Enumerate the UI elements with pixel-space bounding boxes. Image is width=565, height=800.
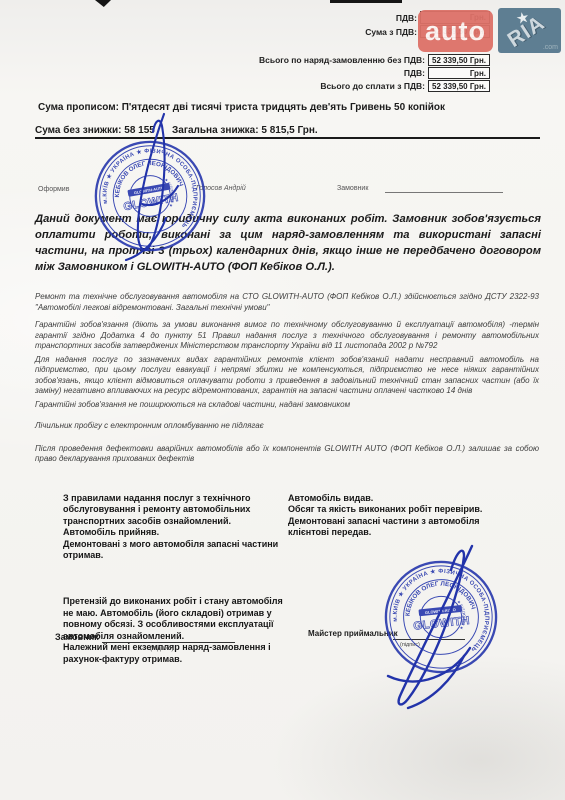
vat-label: ПДВ: [396,13,417,23]
terms-paragraph-6: Після проведення дефектовки аварійних ав… [35,444,539,465]
issued-by-label: Оформив [38,186,69,193]
scan-artifact [330,0,402,3]
customer-top-label: Замовник [337,185,368,192]
terms-block: Ремонт та технічне обслуговування автомо… [35,292,539,465]
customer-top-signline [385,191,503,193]
terms-paragraph-1: Ремонт та технічне обслуговування автомо… [35,292,539,313]
signature-top [98,108,218,268]
total-no-vat-label: Всього по наряд-замовленню без ПДВ: [259,55,425,65]
signature-bottom [350,538,510,713]
total-due-value-box: 52 339,50 Грн. [428,80,490,92]
terms-paragraph-2: Гарантійні зобов'язання (діють за умови … [35,320,539,352]
auto-ria-watermark-ria: ★ RIA .com [498,8,561,53]
vat2-label: ПДВ: [404,68,425,78]
master-statement-text: Автомобіль видав. Обсяг та якість викона… [288,493,482,538]
customer-bottom-label: Замовник [55,632,99,642]
terms-paragraph-3: Для надання послуг по зазначених видах г… [35,355,539,397]
customer-ack-part1: З правилами надання послуг з технічного … [63,493,278,561]
sum-with-vat-label: Сума з ПДВ: [365,27,417,37]
terms-paragraph-5: Лічильник пробігу с електронним опломбув… [35,421,539,432]
scan-artifact [95,0,111,7]
vat2-value-box: Грн. [428,67,490,79]
customer-signline [102,641,235,643]
vat-row-2: ПДВ: Грн. [404,67,490,79]
total-no-vat-value-box: 52 339,50 Грн. [428,54,490,66]
scanned-document-page: ПДВ: Грн. Сума з ПДВ: 52 339,50 Грн. Всь… [0,0,565,800]
auto-logo-text: auto [425,18,486,45]
customer-signline-caption: (підпис) [150,645,174,652]
total-due-row: Всього до сплати з ПДВ: 52 339,50 Грн. [320,80,490,92]
customer-ack-part2: Претензій до виконаних робіт і стану авт… [63,596,283,664]
total-no-vat-row: Всього по наряд-замовленню без ПДВ: 52 3… [259,54,490,66]
auto-ria-watermark-auto: auto [418,10,493,52]
ria-com-text: .com [543,44,558,51]
total-due-label: Всього до сплати з ПДВ: [320,81,425,91]
master-statement-column: Автомобіль видав. Обсяг та якість викона… [288,481,500,539]
terms-paragraph-4: Гарантійні зобов'язання не поширюються н… [35,400,539,411]
